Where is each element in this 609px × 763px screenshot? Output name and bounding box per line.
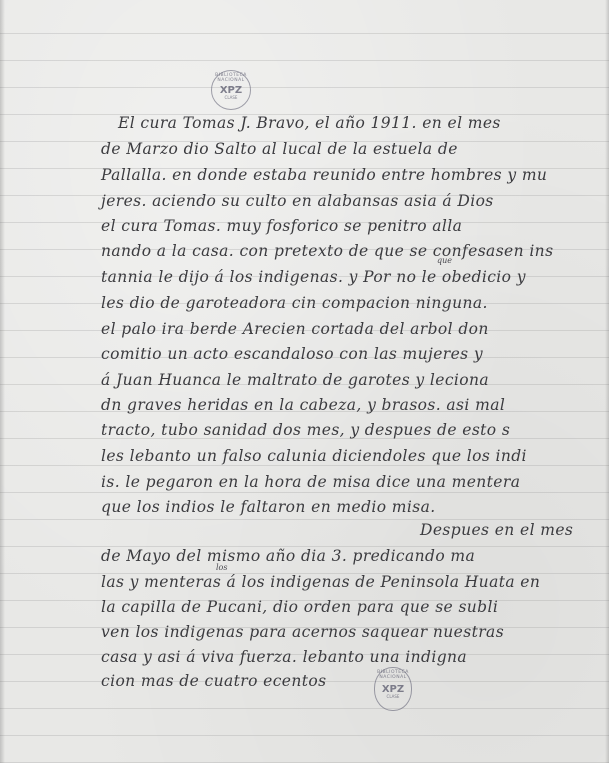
text-line: á Juan Huanca le maltrato de garotes y l…: [101, 371, 489, 389]
text-line: cion mas de cuatro ecentos: [101, 672, 326, 690]
text-line: nando a la casa. con pretexto de que se …: [101, 242, 553, 260]
stamp-ring-text: BIBLIOTECA NACIONAL: [375, 670, 411, 680]
text-line: les dio de garoteadora cin compacion nin…: [101, 294, 488, 312]
library-stamp-top: BIBLIOTECA NACIONAL XPZ CLASE: [211, 70, 251, 110]
text-line: El cura Tomas J. Bravo, el año 1911. en …: [118, 114, 501, 132]
stamp-sub-text: CLASE: [212, 95, 250, 100]
text-line: que los indios le faltaron en medio misa…: [101, 498, 436, 516]
text-line: el cura Tomas. muy fosforico se penitro …: [101, 217, 462, 235]
text-line: tannia le dijo á los indigenas. y Por no…: [101, 268, 526, 286]
text-line: dn graves heridas en la cabeza, y brasos…: [101, 396, 505, 414]
interlinear-insertion: los: [216, 563, 227, 572]
text-line: Pallalla. en donde estaba reunido entre …: [101, 166, 547, 184]
text-line: tracto, tubo sanidad dos mes, y despues …: [101, 421, 510, 439]
manuscript-page: BIBLIOTECA NACIONAL XPZ CLASE El cura To…: [0, 0, 609, 763]
library-stamp-bottom: BIBLIOTECA NACIONAL XPZ CLASE: [374, 667, 412, 711]
text-line: les lebanto un falso calunia diciendoles…: [101, 447, 527, 465]
interlinear-insertion: que: [437, 256, 452, 265]
text-line: Despues en el mes: [420, 521, 573, 539]
page-left-edge: [0, 0, 5, 763]
text-line: de Mayo del mismo año dia 3. predicando …: [101, 547, 475, 565]
text-line: comitio un acto escandaloso con las muje…: [101, 345, 483, 363]
stamp-sub-text: CLASE: [375, 694, 411, 699]
text-line: casa y asi á viva fuerza. lebanto una in…: [101, 648, 467, 666]
text-line: el palo ira berde Arecien cortada del ar…: [101, 320, 489, 338]
text-line: la capilla de Pucani, dio orden para que…: [101, 598, 498, 616]
page-right-edge: [605, 0, 609, 763]
text-line: ven los indigenas para acernos saquear n…: [101, 623, 504, 641]
text-line: de Marzo dio Salto al lucal de la estuel…: [101, 140, 458, 158]
text-line: jeres. aciendo su culto en alabansas asi…: [101, 192, 494, 210]
text-line: is. le pegaron en la hora de misa dice u…: [101, 473, 520, 491]
text-line: las y menteras á los indigenas de Penins…: [101, 573, 540, 591]
stamp-ring-text: BIBLIOTECA NACIONAL: [212, 73, 250, 83]
